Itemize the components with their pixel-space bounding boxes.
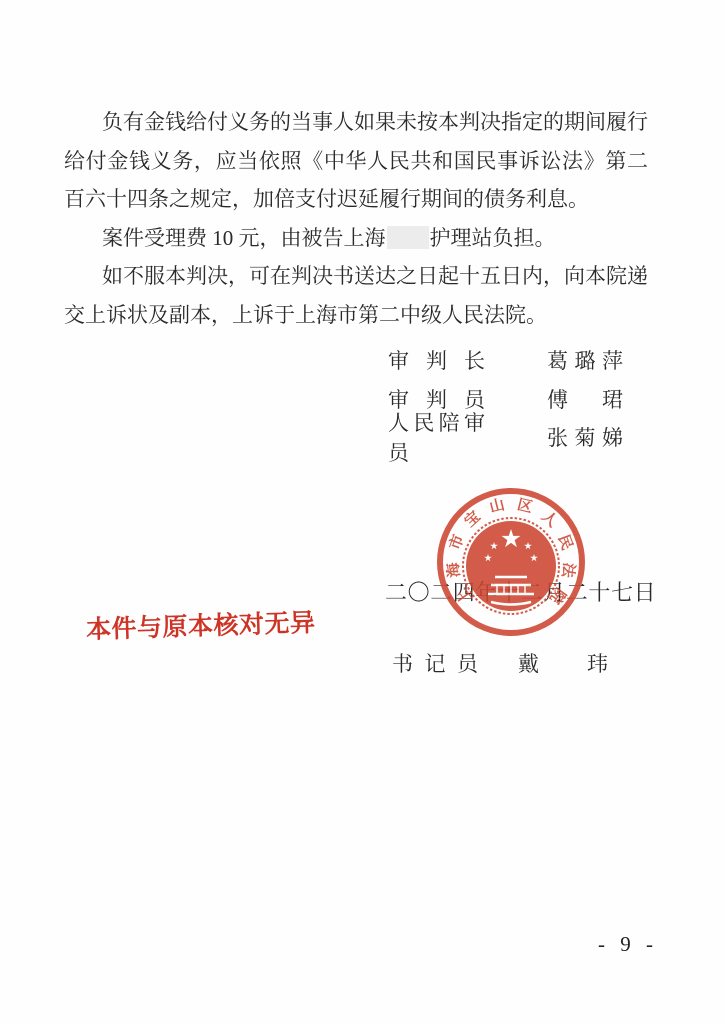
clerk-title: 书记员 xyxy=(392,648,478,678)
court-seal: 上海市宝山区人民法院 xyxy=(433,484,589,640)
svg-text:宝: 宝 xyxy=(461,507,484,530)
big-star-icon xyxy=(501,529,520,547)
clerk-name: 戴玮 xyxy=(518,648,608,678)
small-star-icon xyxy=(524,542,532,549)
clerk-signature: 书记员 戴玮 xyxy=(392,648,608,678)
case-fee-text-before: 案件受理费 10 元，由被告上海 xyxy=(102,226,386,250)
peoples-assessor-title: 人民陪审员 xyxy=(388,407,485,467)
signature-block: 审判长 葛璐萍 审判员 傅珺 人民陪审员 张菊娣 xyxy=(388,341,623,457)
judgment-date: 二〇二四年十二月二十七日 xyxy=(385,576,656,607)
signatory-row: 人民陪审员 张菊娣 xyxy=(388,418,623,457)
seal-outer-ring xyxy=(440,491,582,633)
svg-text:市: 市 xyxy=(445,532,467,552)
paragraph-appeal-clause: 如不服本判决，可在判决书送达之日起十五日内，向本院递交上诉状及副本，上诉于上海市… xyxy=(64,257,648,334)
svg-text:山: 山 xyxy=(488,496,507,516)
small-star-icon xyxy=(490,542,498,549)
redaction-box xyxy=(387,226,429,249)
paragraph-case-fee: 案件受理费 10 元，由被告上海护理站负担。 xyxy=(64,219,648,258)
presiding-judge-name: 葛璐萍 xyxy=(547,345,623,375)
judgment-body: 负有金钱给付义务的当事人如果未按本判决指定的期间履行给付金钱义务，应当依照《中华… xyxy=(64,103,648,335)
peoples-assessor-name: 张菊娣 xyxy=(547,422,623,452)
svg-text:人: 人 xyxy=(538,508,561,531)
svg-text:区: 区 xyxy=(516,496,535,516)
page-number: - 9 - xyxy=(598,932,658,957)
paragraph-interest-clause: 负有金钱给付义务的当事人如果未按本判决指定的期间履行给付金钱义务，应当依照《中华… xyxy=(64,103,648,219)
case-fee-text-after: 护理站负担。 xyxy=(430,226,556,250)
signatory-row: 审判长 葛璐萍 xyxy=(388,341,623,380)
small-star-icon xyxy=(484,554,492,561)
svg-text:民: 民 xyxy=(554,532,575,552)
presiding-judge-title: 审判长 xyxy=(388,345,485,375)
judge-name: 傅珺 xyxy=(547,384,623,414)
judgment-page: 负有金钱给付义务的当事人如果未按本判决指定的期间履行给付金钱义务，应当依照《中华… xyxy=(0,0,725,1024)
small-star-icon xyxy=(530,554,538,561)
verification-stamp: 本件与原本核对无异 xyxy=(85,603,316,646)
